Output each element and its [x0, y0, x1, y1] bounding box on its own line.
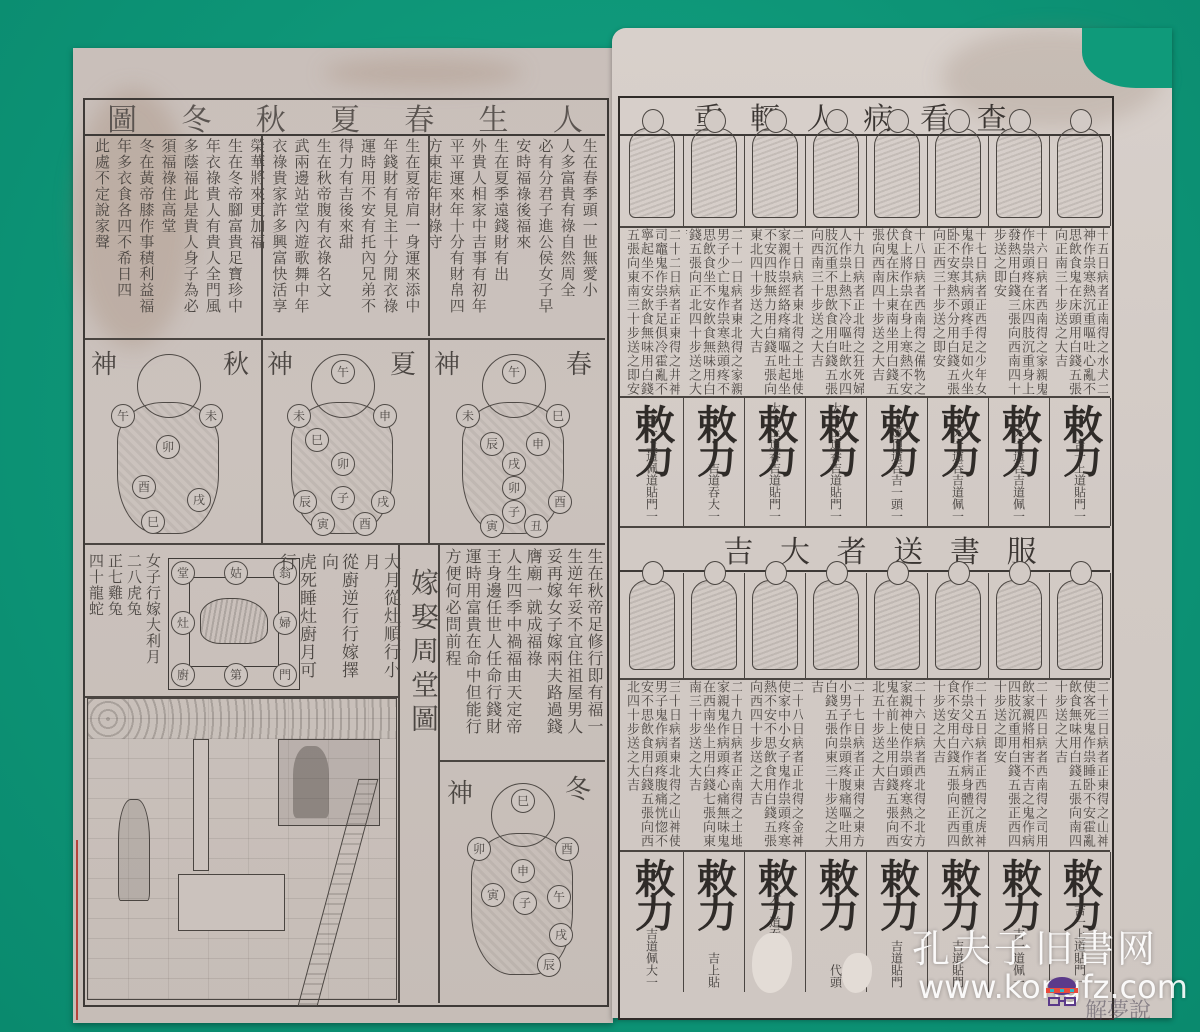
talisman-glyph-icon: 敕力 — [937, 858, 979, 926]
charm-talisman: 敕力吉上貼 — [683, 852, 745, 992]
rule-text: 從廚逆行行嫁擇向 — [318, 553, 358, 693]
figure-cell — [805, 573, 867, 678]
season-label: 冬 — [565, 769, 591, 806]
charm-talisman: 敕力吉一上道佩道貼門一 — [620, 398, 684, 526]
upper-table-title: 查 看 病 人 輕 重 — [620, 98, 1110, 136]
fortune-column: 妥再嫁女子嫁兩夫路過錢 — [544, 548, 562, 758]
charm-instructions: 代頭 — [829, 964, 843, 988]
branch-circle: 卯 — [467, 837, 491, 861]
talisman-glyph-icon: 敕力 — [631, 858, 673, 926]
deity-label: 神 — [447, 773, 473, 810]
branch-circle: 戌 — [187, 488, 211, 512]
fortune-column: 年衣祿貴人有貴人全門風 — [204, 138, 221, 333]
diagnosis-text: 十八日病者西南得之備物之食上將作祟在身上寒熱不安伏鬼在床上東南坐用白錢五張向西南… — [869, 228, 925, 396]
branch-circle: 午 — [547, 885, 571, 909]
branch-circle: 申 — [526, 432, 550, 456]
foliage-icon — [88, 699, 396, 739]
branch-circle: 巳 — [546, 404, 570, 428]
fortune-column: 榮華將來更加福 — [248, 138, 265, 333]
hat-glasses-logo-icon — [1040, 970, 1084, 1014]
branch-circle: 卯 — [502, 476, 526, 500]
fortune-column: 人生四季中禍福由天定帝 — [504, 548, 522, 758]
fortune-column: 必有分君子進公侯女子早 — [536, 138, 553, 333]
title-char: 人 — [553, 95, 583, 139]
charm-instructions: 大一上道吞吉道貼門一 — [829, 402, 843, 522]
figure-cell — [805, 136, 867, 226]
water-stain — [323, 58, 523, 88]
branch-circle: 戌 — [502, 452, 526, 476]
chart-circle: 廚 — [171, 663, 195, 687]
charm-instructions: 大一上道吞吉道貼門一 — [768, 402, 782, 522]
fortune-column: 生在秋帝腹有衣祿名文 — [315, 138, 332, 333]
branch-circle: 戌 — [549, 923, 573, 947]
fortune-column: 膺廟一就成福祿 — [524, 548, 542, 758]
figure-cell — [988, 573, 1050, 678]
marriage-chart-title: 嫁娶周堂圖 — [403, 568, 443, 738]
branch-circle: 午 — [331, 360, 355, 384]
fortune-column: 須福祿住高堂 — [160, 138, 177, 333]
talisman-glyph-icon: 敕力 — [998, 858, 1040, 926]
charm-talisman: 敕力大一道吞吉道佩一 — [988, 398, 1050, 526]
charm-talisman: 敕力大一上道吞吉道貼門一 — [805, 398, 867, 526]
fortune-column: 平平運來年十分有財帛四 — [448, 138, 465, 333]
figure-cell — [927, 573, 989, 678]
charm-talisman: 敕力吉道吞大一 — [683, 398, 745, 526]
figure-cell — [683, 573, 745, 678]
deity-figure-icon — [629, 128, 675, 218]
red-margin-strip — [76, 840, 94, 1020]
figure-cell — [744, 573, 806, 678]
branch-circle: 巳 — [511, 789, 535, 813]
fortune-column: 生在夏季遠錢財有出 — [492, 138, 509, 333]
left-page: 人 生 春 夏 秋 冬 圖 生在春季頭一世無愛小 人多富貴有祿自然周全 必有分君… — [73, 48, 613, 1023]
servant-figure-icon — [118, 799, 150, 901]
fortune-column: 王身邊任世人任命行錢財 — [484, 548, 502, 758]
fortune-column: 運時用富貴在命中但能行 — [463, 548, 481, 758]
figure-cell — [620, 136, 684, 226]
diagnosis-text: 二十八日病者正北得之金神使家中小女子鬼作祟頭疼寒熱不安不思飲食用白錢五張向西四十… — [747, 680, 803, 850]
divider — [85, 543, 605, 545]
courtyard-scene-illustration — [87, 698, 397, 1000]
charm-talisman: 敕力吉道佩大一 — [620, 852, 684, 992]
figure-cell — [866, 136, 928, 226]
branch-circle: 辰 — [537, 953, 561, 977]
right-page: 查 看 病 人 輕 重 十五日病者正南得之水犬二神作祟寒熱沉重嘔吐心亂不思飲食鬼… — [612, 28, 1172, 1018]
watermark-sub-brand: 解夢說 — [1085, 994, 1151, 1025]
talisman-glyph-icon: 敕力 — [876, 858, 918, 926]
title-char: 秋 — [256, 95, 286, 139]
tiger-icon — [200, 598, 268, 644]
lower-fortune-text: 生在秋帝足修行即有福一 生逆年妥不宜住祖屋男人 妥再嫁女子嫁兩夫路過錢 膺廟一就… — [443, 548, 603, 758]
figure-cell — [866, 573, 928, 678]
title-char: 圖 — [107, 95, 137, 139]
branch-circle: 丑 — [524, 514, 548, 538]
diagnosis-text: 二十四日病者西南得之司用飲家親將相害不吉之鬼作病四肢沉重用白錢五張正西四十步送之… — [991, 680, 1047, 850]
charm-talisman: 敕力大一道吞吉道佩一 — [927, 398, 989, 526]
fortune-column: 此處不定說家聲 — [93, 138, 110, 333]
branch-circle: 酉 — [555, 837, 579, 861]
title-char: 春 — [404, 95, 434, 139]
charm-talisman: 敕力道頂道吞吉一頭一 — [866, 398, 928, 526]
branch-circle: 子 — [502, 500, 526, 524]
marriage-side-note: 女子行嫁大利月 二八虎兔 正七雞兔 四十龍蛇 — [91, 553, 161, 693]
fortune-column: 年多衣食各四不希日四 — [115, 138, 132, 333]
branch-circle: 卯 — [331, 452, 355, 476]
branch-circle: 巳 — [141, 510, 165, 534]
charm-talisman: 敕力大一上道吞吉道貼門一 — [744, 398, 806, 526]
left-page-title: 人 生 春 夏 秋 冬 圖 — [85, 100, 605, 136]
chart-circle: 姑 — [224, 561, 248, 585]
branch-circle: 巳 — [305, 428, 329, 452]
deity-panel-winter: 神 冬 巳 卯 酉 申 寅 子 午 戌 辰 — [441, 763, 603, 998]
figure-cell — [1049, 136, 1111, 226]
diagnosis-text: 十六日病者西南得之家親鬼作祟頭疼在床四肢沉重身上發熱用白錢三張向西南四十步送之即… — [991, 228, 1047, 396]
branch-circle: 申 — [511, 859, 535, 883]
branch-circle: 午 — [502, 360, 526, 384]
branch-circle: 寅 — [480, 514, 504, 538]
diagnosis-text: 二十六日病者西北得之北方家親神使作祟頭疼寒熱不安鬼在前上坐用白錢五張向西北五十步… — [869, 680, 925, 850]
charm-instructions: 吉一上道貼門一 — [1073, 438, 1087, 522]
diagnosis-text: 十七日病者正西得之少年女鬼作祟其病頭疼手足如火坐卧不安寒熱不分用白錢五張向正西三… — [930, 228, 986, 396]
fortune-column: 生在冬帝腳富貴足寶珍中 — [226, 138, 243, 333]
side-note-text: 四十龍蛇 — [87, 553, 104, 693]
chart-circle: 第 — [224, 663, 248, 687]
branch-circle: 未 — [456, 404, 480, 428]
deity-panel-autumn: 神 秋 午 未 卯 酉 戌 巳 — [87, 340, 259, 540]
diagnosis-text: 二十日病者東北得之土地使家親作祟經絡疼痛嘔吐起坐不安四肢無力用白錢五張向東北四十… — [747, 228, 803, 396]
fortune-text-block: 生在春季頭一世無愛小 人多富貴有祿自然周全 必有分君子進公侯女子早 安時福祿後福… — [93, 138, 598, 333]
diagnosis-text: 十九日病者正北得之狂死婦人作祟上熱下冷嘔吐飲水四肢沉重不思飲食用白錢五張向西南三… — [808, 228, 864, 396]
charm-instructions: 吉一上道佩道貼門一 — [645, 414, 659, 522]
branch-circle: 午 — [111, 404, 135, 428]
tiger-image-frame — [189, 577, 279, 667]
deity-figure-icon — [1057, 128, 1103, 218]
deity-figure-icon — [813, 128, 859, 218]
deity-figure-icon — [996, 580, 1042, 670]
deity-figure-icon — [629, 580, 675, 670]
fortune-column: 武兩邊站堂內遊歌舞中年 — [293, 138, 310, 333]
charm-instructions: 吉道吞大一 — [707, 462, 721, 522]
fortune-column: 人多富貴有祿自然周全 — [559, 138, 576, 333]
season-label: 春 — [566, 344, 592, 381]
fortune-column: 年錢財有見主十分閒衣祿 — [381, 138, 398, 333]
fortune-column: 生在夏帝肩一身運來添中 — [403, 138, 420, 333]
deity-figure-icon — [691, 580, 737, 670]
charm-instructions: 大一道吞吉道佩一 — [951, 426, 965, 522]
branch-circle: 戌 — [371, 490, 395, 514]
deity-figure-icon — [874, 128, 920, 218]
deity-figure-icon — [1057, 580, 1103, 670]
pillar-icon — [193, 739, 209, 871]
side-note-text: 女子行嫁大利月 — [144, 553, 161, 693]
fortune-column: 生在春季頭一世無愛小 — [581, 138, 598, 333]
figure-cell — [683, 136, 745, 226]
branch-circle: 酉 — [353, 512, 377, 536]
watermark-site-name: 孔夫子旧書网 — [912, 918, 1158, 973]
figure-cell — [620, 573, 684, 678]
deity-figure-icon — [813, 580, 859, 670]
divider — [261, 136, 263, 336]
rule-text: 大月從灶順行小月 — [360, 553, 400, 693]
diagnosis-text: 二十九日病者正南得之土地家親鬼作病頭疼心痛無味鬼在西南坐上用白錢七張向東南三十步… — [686, 680, 742, 850]
rule-text: 虎死睡灶廚月可行 — [276, 553, 316, 693]
deity-label: 神 — [267, 344, 293, 381]
fortune-column: 安時福祿後福來 — [514, 138, 531, 333]
deity-panel-spring: 神 春 午 未 巳 申 辰 戌 卯 子 寅 丑 酉 — [430, 340, 602, 540]
figure-cell — [927, 136, 989, 226]
branch-circle: 酉 — [132, 475, 156, 499]
fortune-column: 衣祿貴家許多興富快活享 — [270, 138, 287, 333]
branch-circle: 未 — [199, 404, 223, 428]
talisman-glyph-icon: 敕力 — [693, 858, 735, 926]
deity-figure-icon — [691, 128, 737, 218]
deity-figure-icon — [752, 128, 798, 218]
charm-talisman: 敕力吉一上道貼門一 — [1049, 398, 1111, 526]
branch-circle: 未 — [287, 404, 311, 428]
divider — [438, 543, 440, 1003]
figure-cell — [744, 136, 806, 226]
diagnosis-text: 三十日病者東北得之山神使男子鬼作病頭疼腹痛恍惚不安不思飲食用白錢五張向西北四十步… — [622, 680, 680, 850]
fortune-column: 生逆年妥不宜住祖屋男人 — [565, 548, 583, 758]
chart-circle: 堂 — [171, 561, 195, 585]
divider — [428, 136, 430, 336]
branch-circle: 酉 — [548, 490, 572, 514]
fortune-column: 運時用不安有托內兄弟不 — [359, 138, 376, 333]
branch-circle: 寅 — [481, 883, 505, 907]
branch-circle: 申 — [373, 404, 397, 428]
deity-label: 神 — [91, 344, 117, 381]
fortune-column: 生在秋帝足修行即有福一 — [585, 548, 603, 758]
divider — [438, 760, 605, 762]
deity-figure-icon — [874, 580, 920, 670]
diagnosis-text: 十五日病者正南得之水犬二神作祟寒熱沉重嘔吐心亂不思飲食鬼在床頭用白錢五張向正南三… — [1052, 228, 1108, 396]
branch-circle: 辰 — [480, 432, 504, 456]
charm-instructions: 吉道貼門 — [890, 940, 904, 988]
deity-figure-icon — [935, 580, 981, 670]
fortune-column: 得力有吉後來甜 — [337, 138, 354, 333]
charm-instructions: 吉上貼 — [707, 952, 721, 988]
railing-icon — [178, 874, 285, 931]
chart-circle: 灶 — [171, 611, 195, 635]
diagnosis-text: 二十三日病者正東得之山神使客死鬼作祟睡卧不安霍亂飲食無味用白錢五張向南四十步送之… — [1052, 680, 1108, 850]
charm-instructions: 大一道吞吉道佩一 — [1012, 426, 1026, 522]
deity-figure-icon — [752, 580, 798, 670]
title-char: 生 — [479, 95, 509, 139]
branch-circle: 卯 — [156, 435, 180, 459]
marriage-rules: 大月從灶順行小月 從廚逆行行嫁擇向 虎死睡灶廚月可行 — [305, 553, 400, 693]
season-label: 夏 — [390, 344, 416, 381]
deity-panel-summer: 神 夏 午 未 申 巳 卯 子 辰 戌 寅 酉 — [263, 340, 426, 540]
title-char: 冬 — [181, 95, 211, 139]
deity-figure-icon — [996, 128, 1042, 218]
branch-circle: 辰 — [293, 490, 317, 514]
side-note-text: 二八虎兔 — [125, 553, 142, 693]
title-char: 吉 — [723, 527, 753, 571]
figure-cell — [1049, 573, 1111, 678]
deity-figure-icon — [935, 128, 981, 218]
talisman-glyph-icon: 敕力 — [815, 858, 857, 926]
branch-circle: 寅 — [311, 512, 335, 536]
charm-instructions: 道頂道吞吉一頭一 — [890, 426, 904, 522]
season-label: 秋 — [223, 344, 249, 381]
side-note-text: 正七雞兔 — [106, 553, 123, 693]
figure-cell — [988, 136, 1050, 226]
deity-label: 神 — [434, 344, 460, 381]
diagnosis-text: 二十二日病者正東得之井神司竈鬼作祟手足俱冷霍亂不寧起坐不安飲食無味用白錢五張向東… — [622, 228, 680, 396]
fortune-column: 外貴人相家中吉事有初年 — [470, 138, 487, 333]
branch-circle: 子 — [331, 486, 355, 510]
title-char: 夏 — [330, 95, 360, 139]
lower-table-title: 服 書 送 者 大 吉 — [620, 528, 1110, 572]
diagnosis-text: 二十五日病者正西得之虎神作祟父母六作病身體沉重飲食不安用白錢五張向正西四十步送之… — [930, 680, 986, 850]
branch-circle: 子 — [513, 891, 537, 915]
fortune-column: 方便何必問前程 — [443, 548, 461, 758]
fortune-column: 多蔭福此是貴人身子為必 — [182, 138, 199, 333]
diagnosis-text: 二十一日病者東北得之家親男子少亡鬼作祟寒熱頭疼不思飲食坐不安飲食無味用白錢五張向… — [686, 228, 742, 396]
fortune-column: 冬在黃帝膝作事積利益福 — [137, 138, 154, 333]
diagnosis-text: 二十七日病者正東得之東方小男子作祟頭疼腹痛嘔吐用白錢五張向東三十步送之大吉 — [808, 680, 864, 850]
divider — [398, 543, 400, 1003]
charm-instructions: 吉道佩大一 — [645, 928, 659, 988]
